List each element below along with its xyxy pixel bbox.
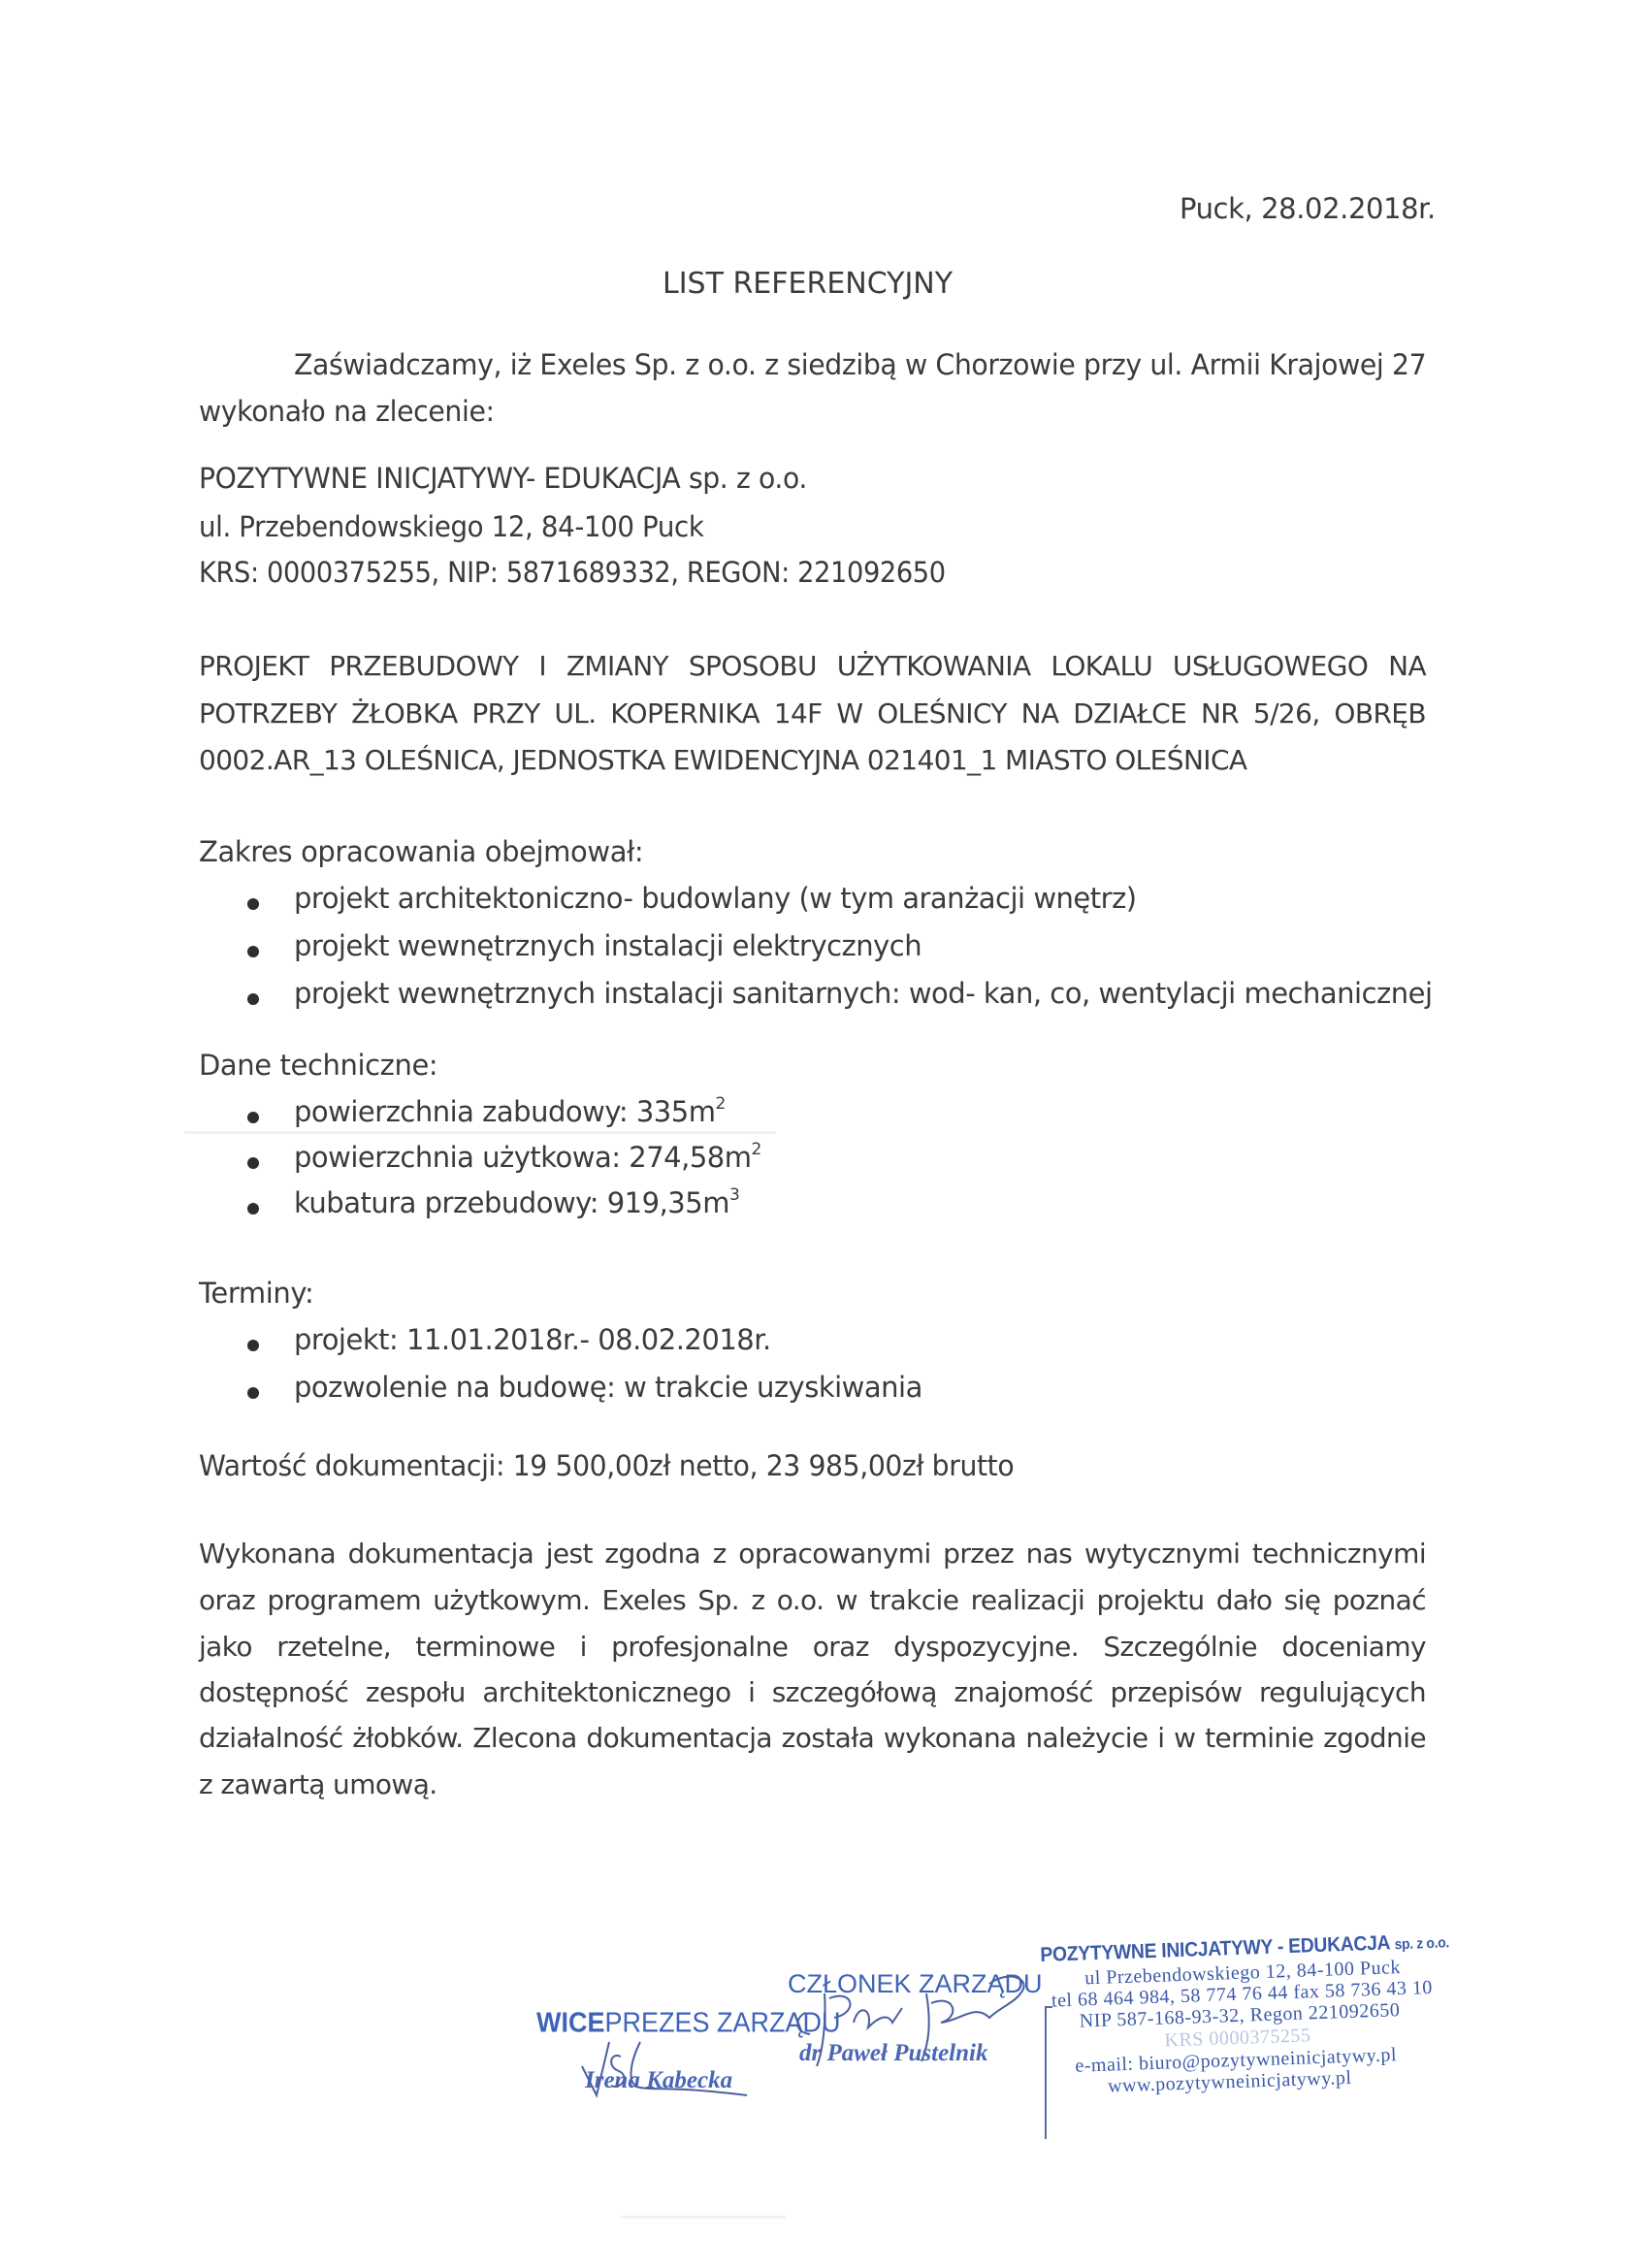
handwritten-signature-icon [563, 2027, 757, 2105]
unit-exponent: 3 [729, 1185, 739, 1205]
terms-item: pozwolenie na budowę: w trakcie uzyskiwa… [294, 1370, 922, 1405]
client-address: ul. Przebendowskiego 12, 84-100 Puck [199, 509, 703, 544]
project-title-line-3: 0002.AR_13 OLEŚNICA, JEDNOSTKA EWIDENCYJ… [199, 743, 1426, 778]
bullet-icon [247, 1157, 259, 1169]
bullet-icon [247, 898, 259, 910]
closing-line: działalność żłobków. Zlecona dokumentacj… [199, 1721, 1426, 1756]
terms-item: projekt: 11.01.2018r.- 08.02.2018r. [294, 1322, 771, 1357]
bullet-icon [247, 1203, 259, 1215]
project-title-line-1: PROJEKT PRZEBUDOWY I ZMIANY SPOSOBU UŻYT… [199, 649, 1426, 684]
closing-line: Wykonana dokumentacja jest zgodna z opra… [199, 1537, 1426, 1571]
scan-artifact [184, 1131, 776, 1134]
bullet-icon [247, 993, 259, 1005]
closing-line: jako rzetelne, terminowe i profesjonalne… [199, 1630, 1426, 1665]
handwritten-signature-icon [766, 1964, 1038, 2071]
client-name: POZYTYWNE INICJATYWY- EDUKACJA sp. z o.o… [199, 461, 807, 496]
intro-line-1: Zaświadczamy, iż Exeles Sp. z o.o. z sie… [294, 347, 1426, 382]
scope-heading: Zakres opracowania obejmował: [199, 834, 643, 869]
technical-item: kubatura przebudowy: 919,35m3 [294, 1185, 739, 1220]
bullet-icon [247, 946, 259, 957]
bullet-icon [247, 1340, 259, 1351]
technical-item-label: powierzchnia użytkowa: 274,58m [294, 1141, 752, 1174]
unit-exponent: 2 [715, 1094, 725, 1114]
scope-item: projekt wewnętrznych instalacji elektryc… [294, 928, 921, 963]
bullet-icon [247, 1387, 259, 1399]
company-stamp: POZYTYWNE INICJATYWY - EDUKACJA sp. z o.… [1040, 1928, 1492, 2109]
technical-heading: Dane techniczne: [199, 1048, 437, 1083]
client-registry: KRS: 0000375255, NIP: 5871689332, REGON:… [199, 555, 946, 590]
intro-line-2: wykonało na zlecenie: [199, 394, 495, 429]
scan-artifact [621, 2216, 786, 2219]
bullet-icon [247, 1112, 259, 1123]
company-suffix: sp. z o.o. [1394, 1934, 1449, 1953]
unit-exponent: 2 [752, 1140, 761, 1159]
technical-item: powierzchnia zabudowy: 335m2 [294, 1094, 726, 1129]
closing-line: dostępność zespołu architektonicznego i … [199, 1675, 1426, 1710]
scope-item: projekt architektoniczno- budowlany (w t… [294, 881, 1137, 916]
technical-item: powierzchnia użytkowa: 274,58m2 [294, 1140, 761, 1175]
place-date: Puck, 28.02.2018r. [1180, 191, 1436, 226]
document-title: LIST REFERENCYJNY [663, 267, 953, 302]
terms-heading: Terminy: [199, 1276, 313, 1311]
reference-letter-page: Puck, 28.02.2018r. LIST REFERENCYJNY Zaś… [0, 0, 1649, 2268]
closing-line: z zawartą umową. [199, 1767, 1426, 1802]
technical-item-label: kubatura przebudowy: 919,35m [294, 1186, 729, 1219]
documentation-value: Wartość dokumentacji: 19 500,00zł netto,… [199, 1448, 1014, 1483]
closing-line: oraz programem użytkowym. Exeles Sp. z o… [199, 1583, 1426, 1618]
technical-item-label: powierzchnia zabudowy: 335m [294, 1095, 715, 1128]
scope-item: projekt wewnętrznych instalacji sanitarn… [294, 976, 1433, 1011]
project-title-line-2: POTRZEBY ŻŁOBKA PRZY UL. KOPERNIKA 14F W… [199, 697, 1426, 731]
